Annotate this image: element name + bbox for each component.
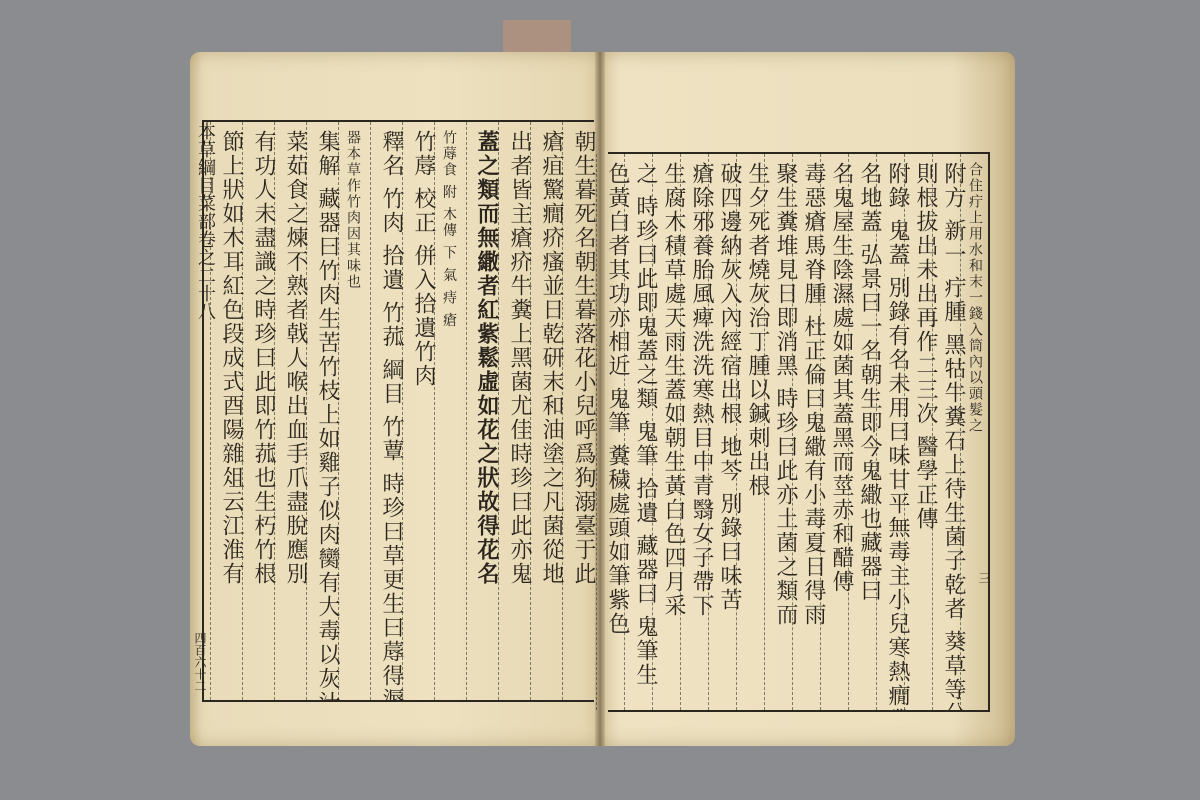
text-column: 釋名 竹肉 拾遺 竹菰 綱目 竹蕈 時珍曰草更生曰蓐得溽濕之氣而成也陳藏 [370,122,402,700]
spine-title: 本草綱目菜部卷之二十八 [192,122,218,692]
page-number: 四百六十二 [192,632,209,692]
column-text: 釋名 竹肉 拾遺 竹菰 綱目 竹蕈 時珍曰草更生曰蓐得溽濕之氣而成也陳藏 [371,122,411,700]
book-gutter [595,52,605,746]
left-page-frame: 朝生暮死名朝生暮落花小兒呼爲狗溺臺于此 瘡疽驚癇疥瘙並日乾研末和油塗之凡菌從地 … [202,120,594,702]
page-number: 三 [976,572,993,584]
right-page-frame: 合住疔上用水和末一錢入筒內以頭髮之 附方 新一 疔腫 黑牯牛糞石上待生菌子乾者 … [608,152,990,712]
text-column: 蓋之類而無繖者紅紫鬆虛如花之狀故得花名 [466,122,498,700]
right-page: 合住疔上用水和末一錢入筒內以頭髮之 附方 新一 疔腫 黑牯牛糞石上待生菌子乾者 … [600,52,1015,746]
column-text: 蓋之類而無繖者紅紫鬆虛如花之狀故得花名 [467,122,507,700]
open-book: 朝生暮死名朝生暮落花小兒呼爲狗溺臺于此 瘡疽驚癇疥瘙並日乾研末和油塗之凡菌從地 … [190,52,1015,746]
spine-title-text: 本草綱目菜部卷之二十八 [192,122,218,320]
left-page: 朝生暮死名朝生暮落花小兒呼爲狗溺臺于此 瘡疽驚癇疥瘙並日乾研末和油塗之凡菌從地 … [190,52,600,746]
